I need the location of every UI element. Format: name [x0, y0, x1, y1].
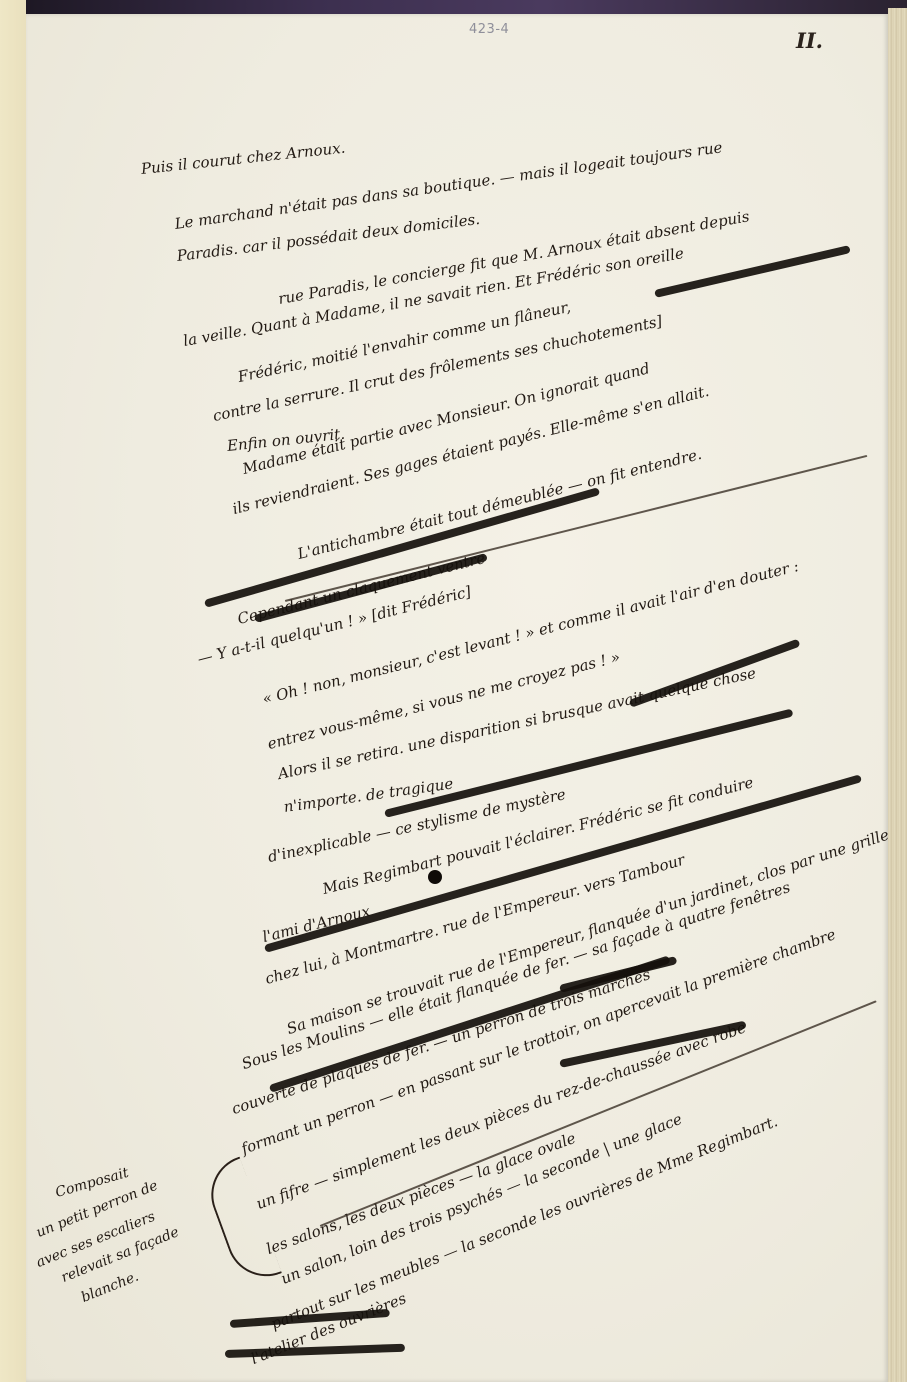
folio-number: II.	[796, 28, 823, 53]
archive-number: 423-4	[469, 22, 509, 37]
facing-page-edge	[0, 0, 26, 1382]
page-stack-edges	[888, 8, 907, 1382]
ink-blot	[428, 870, 442, 884]
